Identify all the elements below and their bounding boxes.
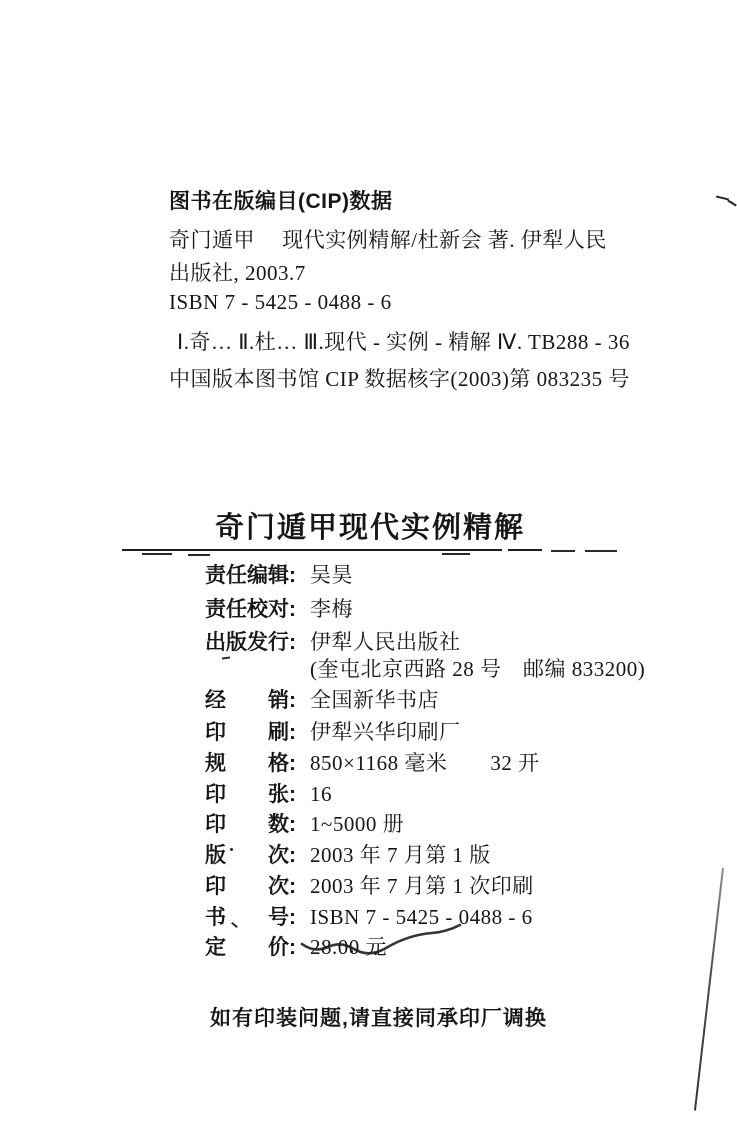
- row-proofreader: 责任校对:李梅: [205, 596, 353, 623]
- field-colon: :: [289, 844, 296, 867]
- book-title: 奇门遁甲现代实例精解: [122, 511, 618, 545]
- scan-tick-mark: [727, 200, 737, 207]
- row-format: 规格:850×1168 毫米 32 开: [205, 750, 540, 777]
- pen-scribble-over-price: [296, 916, 466, 960]
- field-value: 吴昊: [310, 563, 353, 587]
- cip-record-number-line: 中国版本图书馆 CIP 数据核字(2003)第 083235 号: [169, 366, 630, 392]
- field-value: 2003 年 7 月第 1 版: [310, 843, 491, 867]
- field-value: 全国新华书店: [310, 688, 439, 712]
- field-value: 伊犁兴华印刷厂: [310, 720, 461, 744]
- field-label: 责任编辑: [205, 563, 289, 589]
- row-editor: 责任编辑:吴昊: [205, 562, 353, 589]
- title-underline-subdash: [188, 554, 210, 556]
- row-edition: 版次:2003 年 7 月第 1 版: [205, 842, 491, 869]
- field-value: 16: [310, 782, 332, 806]
- field-colon: :: [289, 598, 296, 621]
- field-colon: :: [289, 689, 296, 712]
- scanned-copyright-page: { "colors": { "paper": "#ffffff", "ink":…: [0, 0, 737, 1122]
- title-underline-dash: [508, 549, 542, 551]
- page-fold-line: [694, 868, 724, 1111]
- field-colon: :: [289, 783, 296, 806]
- field-colon: :: [289, 875, 296, 898]
- title-underline-dash: [585, 550, 617, 552]
- field-label: 出版发行: [205, 630, 289, 656]
- field-value: 李梅: [310, 597, 353, 621]
- field-value: 伊犁人民出版社: [310, 630, 461, 654]
- row-sheets: 印张:16: [205, 781, 332, 808]
- row-print-run: 印数:1~5000 册: [205, 811, 404, 838]
- field-label: 印数: [205, 812, 289, 838]
- field-value: (奎屯北京西路 28 号 邮编 833200): [310, 657, 645, 681]
- field-colon: :: [289, 813, 296, 836]
- field-value: 1~5000 册: [310, 812, 404, 836]
- field-label: 印张: [205, 782, 289, 808]
- field-colon: :: [289, 631, 296, 654]
- field-label: 责任校对: [205, 597, 289, 623]
- row-impression: 印次:2003 年 7 月第 1 次印刷: [205, 873, 534, 900]
- field-label: 印刷: [205, 720, 289, 746]
- field-label: 版次: [205, 843, 289, 869]
- title-underline-subdash: [442, 553, 470, 555]
- field-value: 850×1168 毫米 32 开: [310, 751, 540, 775]
- cip-heading: 图书在版编目(CIP)数据: [169, 189, 393, 215]
- field-label: 书号: [205, 905, 289, 931]
- binding-problem-notice: 如有印装问题,请直接同承印厂调换: [210, 1002, 547, 1032]
- cip-publisher-line: 出版社, 2003.7: [169, 260, 306, 286]
- title-underline-subdash: [142, 553, 172, 555]
- cip-classification-line: Ⅰ.奇… Ⅱ.杜… Ⅲ.现代 - 实例 - 精解 Ⅳ. TB288 - 36: [177, 329, 630, 355]
- title-underline: [122, 549, 502, 551]
- field-label: 经销: [205, 688, 289, 714]
- scan-dot: [230, 848, 233, 851]
- scan-dash-mark: [222, 656, 230, 659]
- field-colon: :: [289, 752, 296, 775]
- field-label: 印次: [205, 874, 289, 900]
- field-colon: :: [289, 721, 296, 744]
- cip-isbn-line: ISBN 7 - 5425 - 0488 - 6: [169, 289, 392, 315]
- field-colon: :: [289, 906, 296, 929]
- field-label: 定价: [205, 935, 289, 961]
- title-underline-dash: [551, 550, 575, 552]
- field-label: 规格: [205, 751, 289, 777]
- cip-title-author-line: 奇门遁甲 现代实例精解/杜新会 著. 伊犁人民: [169, 227, 607, 253]
- row-publisher-address: (奎屯北京西路 28 号 邮编 833200): [310, 656, 645, 682]
- field-colon: :: [289, 936, 296, 959]
- row-printer: 印刷:伊犁兴华印刷厂: [205, 719, 461, 746]
- row-publisher: 出版发行:伊犁人民出版社: [205, 629, 461, 656]
- field-value: 2003 年 7 月第 1 次印刷: [310, 874, 534, 898]
- field-colon: :: [289, 564, 296, 587]
- row-distributor: 经销:全国新华书店: [205, 687, 439, 714]
